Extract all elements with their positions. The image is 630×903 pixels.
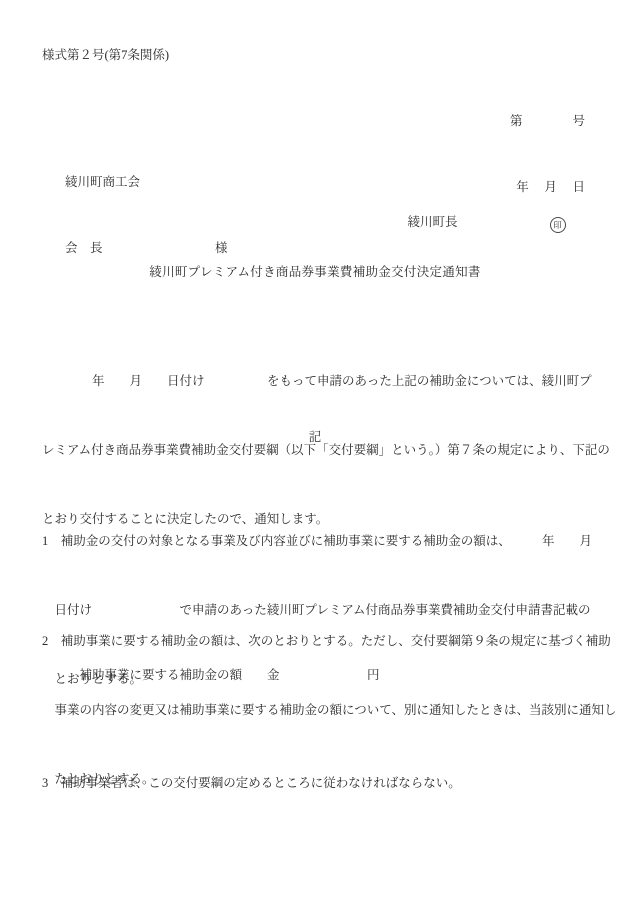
- document-title: 綾川町プレミアム付き商品券事業費補助金交付決定通知書: [0, 261, 630, 284]
- sender-name: 綾川町長: [408, 215, 458, 229]
- ki-heading: 記: [0, 426, 630, 449]
- item-1-line: 1 補助金の交付の対象となる事業及び内容並びに補助事業に要する補助金の額は、 年…: [42, 530, 592, 553]
- item-2-line: 事業の内容の変更又は補助事業に要する補助金の額について、別に通知したときは、当該…: [42, 699, 617, 722]
- body-line: 年 月 日付け をもって申請のあった上記の補助金については、綾川町プ: [42, 370, 610, 393]
- item-3: 3 補助事業者は、この交付要綱の定めるところに従わなければならない。: [42, 726, 461, 841]
- addressee-org: 綾川町商工会: [65, 171, 228, 193]
- sender-block: 綾川町長印: [395, 188, 566, 257]
- item-3-line: 3 補助事業者は、この交付要綱の定めるところに従わなければならない。: [42, 772, 461, 795]
- subsidy-amount-line: 補助事業に要する補助金の額 金 円: [42, 664, 380, 687]
- document-page: 様式第２号(第7条関係) 第 号 年 月 日 綾川町商工会 会 長 様 綾川町長…: [0, 0, 630, 903]
- item-2-line: 2 補助事業に要する補助金の額は、次のとおりとする。ただし、交付要綱第９条の規定…: [42, 630, 617, 653]
- seal-icon: 印: [550, 217, 566, 233]
- document-number-line: 第 号: [510, 110, 585, 132]
- form-number: 様式第２号(第7条関係): [42, 44, 169, 67]
- seal-text: 印: [553, 221, 562, 230]
- addressee-title-line: 会 長 様: [65, 237, 228, 259]
